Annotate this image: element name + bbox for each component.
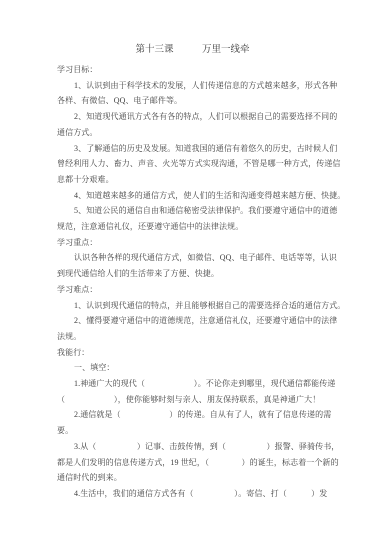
text-line: 通信方式。 — [57, 125, 328, 141]
text-line: 通信时代的到来。 — [57, 470, 328, 486]
document-title: 第十三课 万里一线牵 — [57, 42, 328, 59]
text-line: 1、认识到现代通信的特点，并且能够根据自己的需要选择合适的通信方式。 — [57, 298, 328, 314]
text-line: 都是人们发明的信息传递方式，19 世纪，（ ）的诞生，标志着一个新的 — [57, 455, 328, 471]
text-line: 息都十分艰难。 — [57, 172, 328, 188]
text-line: 到现代通信给人们的生活带来了方便、快捷。 — [57, 266, 328, 282]
text-line: 法规。 — [57, 329, 328, 345]
text-line: 2、知道现代通讯方式各有各的特点，人们可以根据自己的需要选择不同的 — [57, 109, 328, 125]
text-line: 1.神通广大的现代（ ）。不论你走到哪里，现代通信都能传递 — [57, 376, 328, 392]
text-line: 2.通信就是（ ）的传递。自从有了人，就有了信息传递的需 — [57, 407, 328, 423]
text-line: 4.生活中，我们的通信方式各有（ ）。寄信、打（ ）发 — [57, 486, 328, 502]
text-line: 学习难点： — [57, 282, 328, 298]
document-body: 学习目标： 1、认识到由于科学技术的发展，人们传递信息的方式越来越多，形式各种 … — [57, 62, 328, 502]
text-line: 5、知道公民的通信自由和通信秘密受法律保护。我们要遵守通信中的道德 — [57, 203, 328, 219]
text-line: 3、了解通信的历史及发展。知道我国的通信有着悠久的历史，古时候人们 — [57, 141, 328, 157]
text-line: 一、填空： — [57, 360, 328, 376]
text-line: 曾经利用人力、畜力、声音、火光等方式实现沟通，不管是哪一种方式，传递信 — [57, 156, 328, 172]
text-line: 1、认识到由于科学技术的发展，人们传递信息的方式越来越多，形式各种 — [57, 78, 328, 94]
text-line: 各样、有微信、QQ、电子邮件等。 — [57, 93, 328, 109]
text-line: 学习目标： — [57, 62, 328, 78]
text-line: 学习重点： — [57, 235, 328, 251]
text-line: 4、知道越来越多的通信方式，使人们的生活和沟通变得越来越方便、快捷。 — [57, 188, 328, 204]
document-page: 第十三课 万里一线牵 学习目标： 1、认识到由于科学技术的发展，人们传递信息的方… — [0, 0, 382, 540]
text-line: 3.从（ ）记事、击鼓传情，到（ ）报警、驿骑传书， — [57, 439, 328, 455]
text-line: 规范，注意通信礼仪，还要遵守通信中的法律法规。 — [57, 219, 328, 235]
text-line: 我能行： — [57, 345, 328, 361]
text-line: （ ），使你能够时刻与亲人、朋友保持联系，真是神通广大！ — [57, 392, 328, 408]
text-line: 要。 — [57, 423, 328, 439]
text-line: 2、懂得要遵守通信中的道德规范，注意通信礼仪，还要遵守通信中的法律 — [57, 313, 328, 329]
text-line: 认识各种各样的现代通信方式，如微信、QQ、电子邮件、电话等等，认识 — [57, 250, 328, 266]
